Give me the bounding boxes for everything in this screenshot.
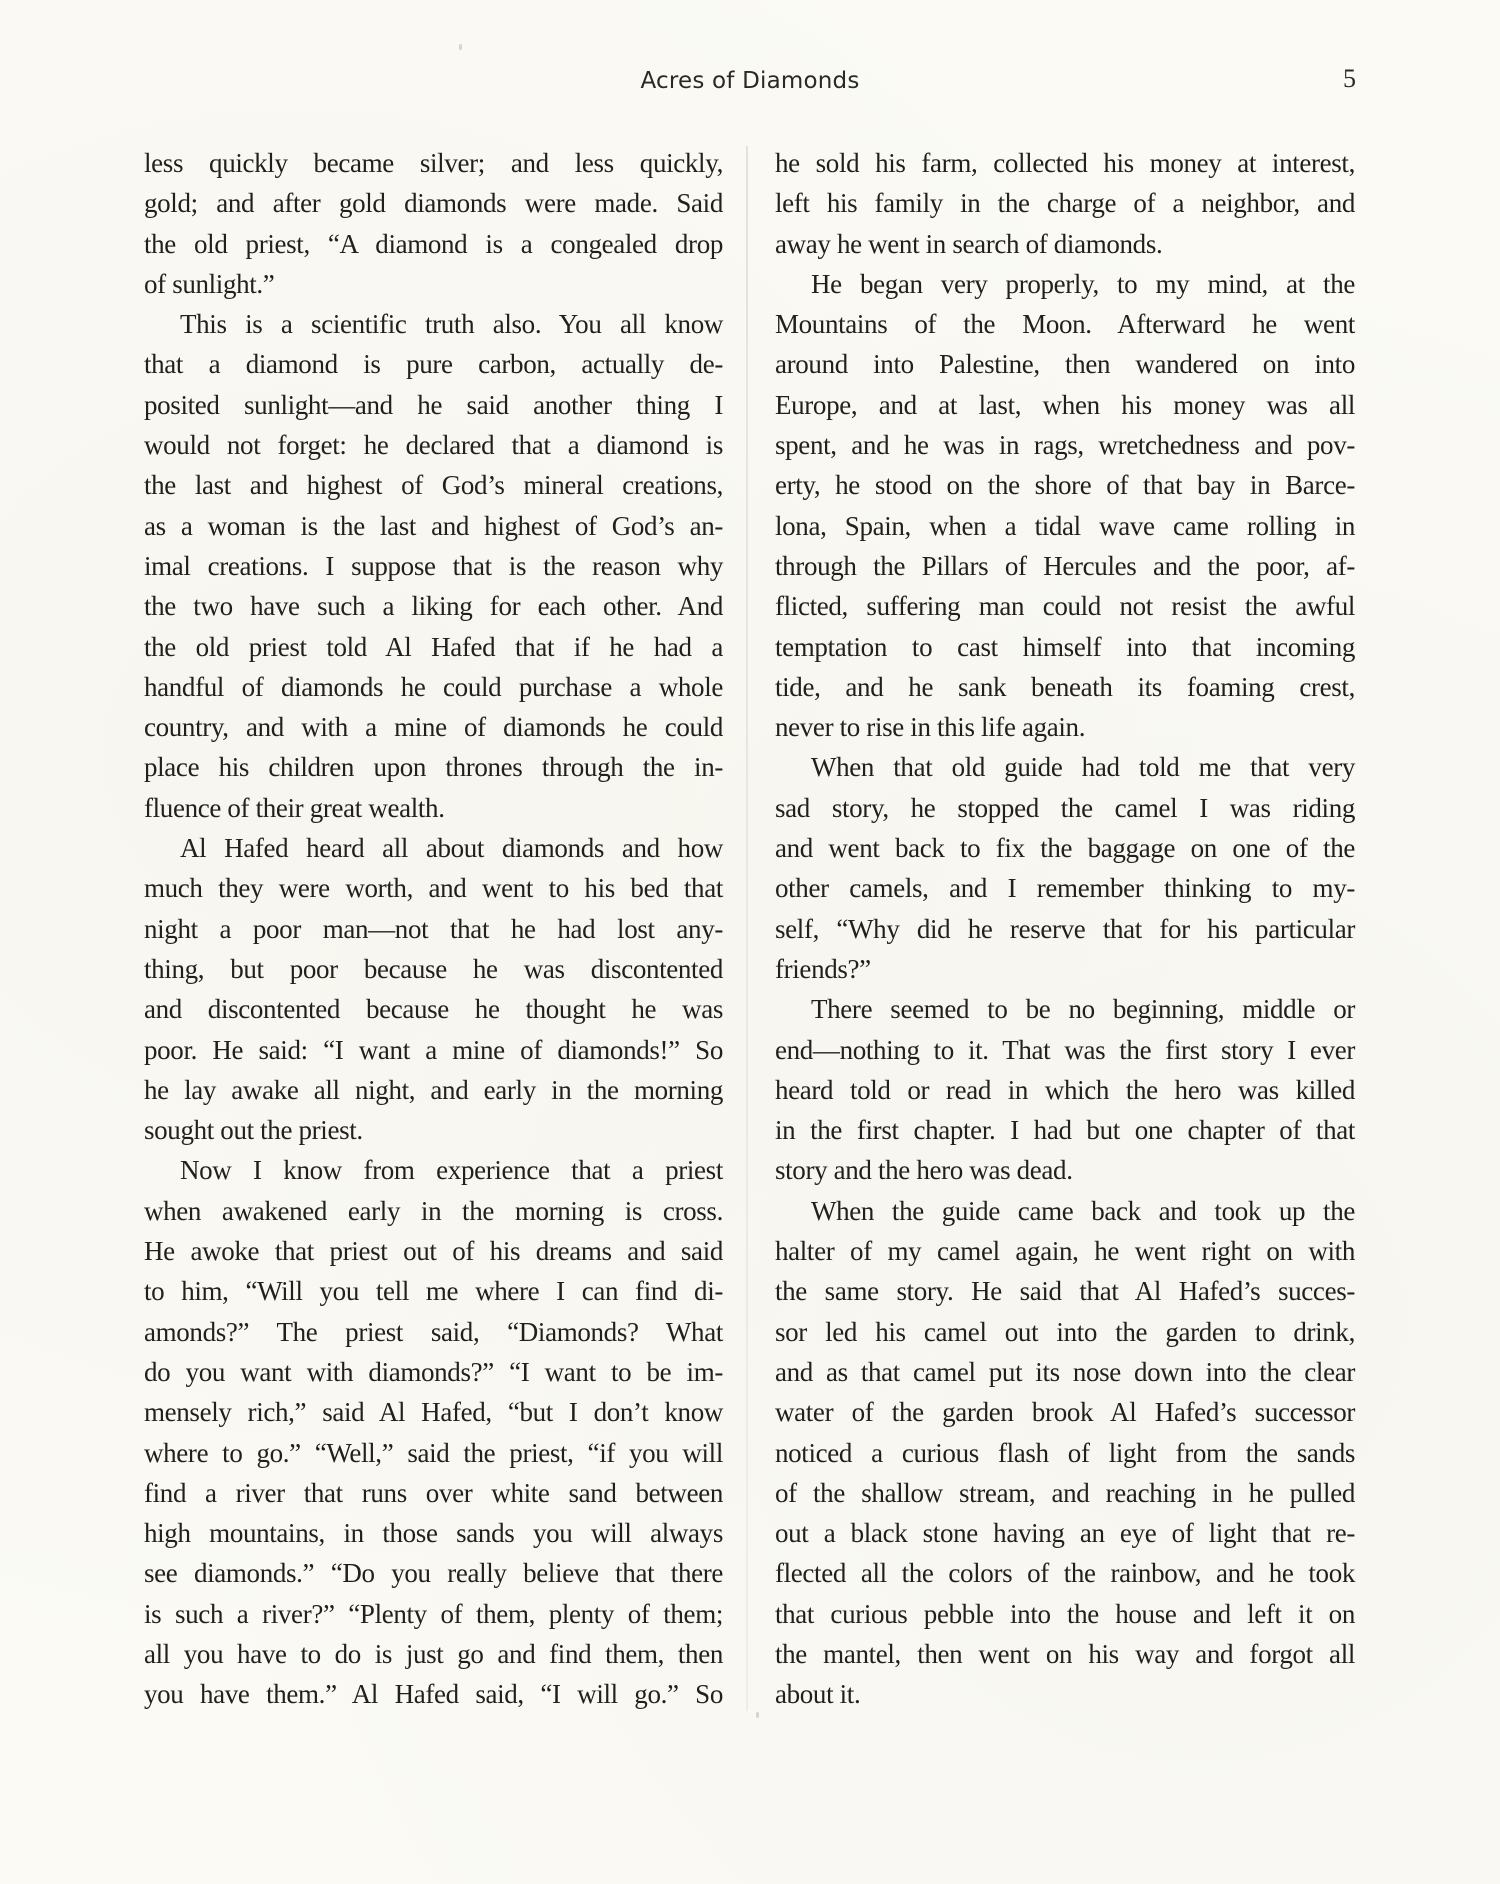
text-line: the mantel, then went on his way and for… <box>775 1634 1355 1674</box>
text-line: would not forget: he declared that a dia… <box>144 425 723 465</box>
text-line: imal creations. I suppose that is the re… <box>144 546 723 586</box>
text-line: poor. He said: “I want a mine of diamond… <box>144 1030 723 1070</box>
text-line: high mountains, in those sands you will … <box>144 1513 723 1553</box>
text-line: find a river that runs over white sand b… <box>144 1473 723 1513</box>
text-line: Now I know from experience that a priest <box>144 1150 723 1190</box>
text-line: out a black stone having an eye of light… <box>775 1513 1355 1553</box>
text-line: do you want with diamonds?” “I want to b… <box>144 1352 723 1392</box>
text-line: Europe, and at last, when his money was … <box>775 385 1355 425</box>
scan-speck <box>756 1712 759 1718</box>
text-line: sor led his camel out into the garden to… <box>775 1312 1355 1352</box>
text-line: There seemed to be no beginning, middle … <box>775 989 1355 1029</box>
scan-speck <box>459 44 462 50</box>
text-line: end—nothing to it. That was the first st… <box>775 1030 1355 1070</box>
text-line: he sold his farm, collected his money at… <box>775 143 1355 183</box>
text-line: in the first chapter. I had but one chap… <box>775 1110 1355 1150</box>
text-line: is such a river?” “Plenty of them, plent… <box>144 1594 723 1634</box>
text-line: the two have such a liking for each othe… <box>144 586 723 626</box>
text-line: the old priest, “A diamond is a congeale… <box>144 224 723 264</box>
text-line: night a poor man—not that he had lost an… <box>144 909 723 949</box>
text-line: left his family in the charge of a neigh… <box>775 183 1355 223</box>
text-line: that curious pebble into the house and l… <box>775 1594 1355 1634</box>
text-line: country, and with a mine of diamonds he … <box>144 707 723 747</box>
text-line: halter of my camel again, he went right … <box>775 1231 1355 1271</box>
text-line: When the guide came back and took up the <box>775 1191 1355 1231</box>
text-line: fluence of their great wealth. <box>144 788 723 828</box>
text-line: other camels, and I remember thinking to… <box>775 868 1355 908</box>
text-line: the same story. He said that Al Hafed’s … <box>775 1271 1355 1311</box>
text-line: He began very properly, to my mind, at t… <box>775 264 1355 304</box>
text-line: flicted, suffering man could not resist … <box>775 586 1355 626</box>
text-line: around into Palestine, then wandered on … <box>775 344 1355 384</box>
text-line: of sunlight.” <box>144 264 723 304</box>
text-line: noticed a curious flash of light from th… <box>775 1433 1355 1473</box>
text-line: all you have to do is just go and find t… <box>144 1634 723 1674</box>
text-line: lona, Spain, when a tidal wave came roll… <box>775 506 1355 546</box>
text-line: When that old guide had told me that ver… <box>775 747 1355 787</box>
text-line: as a woman is the last and highest of Go… <box>144 506 723 546</box>
text-line: friends?” <box>775 949 1355 989</box>
text-line: much they were worth, and went to his be… <box>144 868 723 908</box>
text-line: This is a scientific truth also. You all… <box>144 304 723 344</box>
text-line: never to rise in this life again. <box>775 707 1355 747</box>
text-line: water of the garden brook Al Hafed’s suc… <box>775 1392 1355 1432</box>
text-line: erty, he stood on the shore of that bay … <box>775 465 1355 505</box>
text-line: the last and highest of God’s mineral cr… <box>144 465 723 505</box>
text-line: self, “Why did he reserve that for his p… <box>775 909 1355 949</box>
text-line: he lay awake all night, and early in the… <box>144 1070 723 1110</box>
book-page: Acres of Diamonds 5 less quickly became … <box>0 0 1500 1884</box>
running-title: Acres of Diamonds <box>560 66 940 96</box>
text-line: see diamonds.” “Do you really believe th… <box>144 1553 723 1593</box>
text-line: gold; and after gold diamonds were made.… <box>144 183 723 223</box>
text-line: handful of diamonds he could purchase a … <box>144 667 723 707</box>
text-line: of the shallow stream, and reaching in h… <box>775 1473 1355 1513</box>
text-line: and as that camel put its nose down into… <box>775 1352 1355 1392</box>
text-line: tide, and he sank beneath its foaming cr… <box>775 667 1355 707</box>
text-line: place his children upon thrones through … <box>144 747 723 787</box>
text-line: spent, and he was in rags, wretchedness … <box>775 425 1355 465</box>
text-line: to him, “Will you tell me where I can fi… <box>144 1271 723 1311</box>
gutter-divider <box>746 146 748 1711</box>
text-line: story and the hero was dead. <box>775 1150 1355 1190</box>
text-column-right: he sold his farm, collected his money at… <box>775 143 1355 1715</box>
text-line: sad story, he stopped the camel I was ri… <box>775 788 1355 828</box>
text-line: flected all the colors of the rainbow, a… <box>775 1553 1355 1593</box>
text-line: where to go.” “Well,” said the priest, “… <box>144 1433 723 1473</box>
text-line: the old priest told Al Hafed that if he … <box>144 627 723 667</box>
text-line: temptation to cast himself into that inc… <box>775 627 1355 667</box>
text-line: less quickly became silver; and less qui… <box>144 143 723 183</box>
text-line: posited sunlight—and he said another thi… <box>144 385 723 425</box>
text-line: He awoke that priest out of his dreams a… <box>144 1231 723 1271</box>
text-line: and went back to fix the baggage on one … <box>775 828 1355 868</box>
text-line: heard told or read in which the hero was… <box>775 1070 1355 1110</box>
text-line: Al Hafed heard all about diamonds and ho… <box>144 828 723 868</box>
text-line: you have them.” Al Hafed said, “I will g… <box>144 1674 723 1714</box>
text-line: mensely rich,” said Al Hafed, “but I don… <box>144 1392 723 1432</box>
text-line: thing, but poor because he was disconten… <box>144 949 723 989</box>
text-line: amonds?” The priest said, “Diamonds? Wha… <box>144 1312 723 1352</box>
text-line: about it. <box>775 1674 1355 1714</box>
text-line: away he went in search of diamonds. <box>775 224 1355 264</box>
text-line: when awakened early in the morning is cr… <box>144 1191 723 1231</box>
text-line: through the Pillars of Hercules and the … <box>775 546 1355 586</box>
text-line: that a diamond is pure carbon, actually … <box>144 344 723 384</box>
text-line: Mountains of the Moon. Afterward he went <box>775 304 1355 344</box>
text-line: sought out the priest. <box>144 1110 723 1150</box>
page-number: 5 <box>1300 64 1356 94</box>
text-line: and discontented because he thought he w… <box>144 989 723 1029</box>
text-column-left: less quickly became silver; and less qui… <box>144 143 723 1715</box>
